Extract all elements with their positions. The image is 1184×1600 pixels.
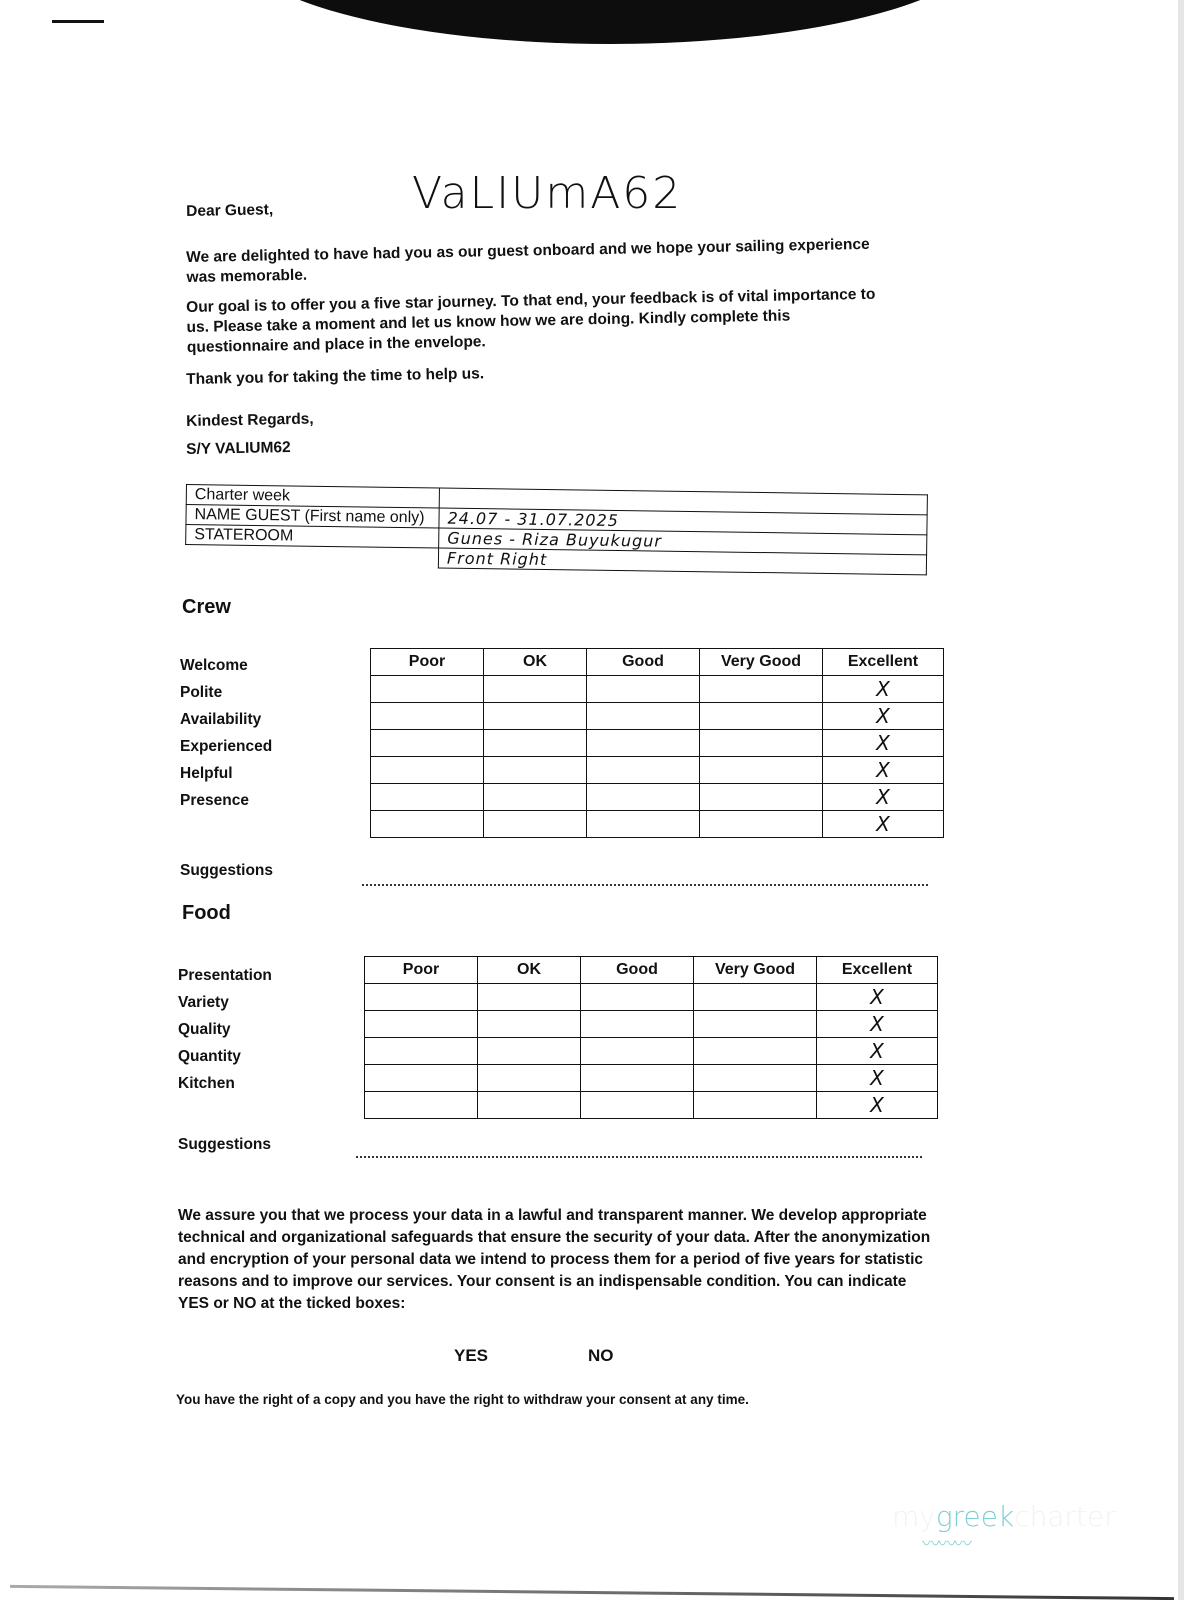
rating-cell-good[interactable] (581, 1011, 694, 1038)
rating-cell-ok[interactable] (484, 784, 587, 811)
rating-cell-poor[interactable] (371, 703, 484, 730)
rating-cell-poor[interactable] (365, 1092, 478, 1119)
rating-cell-ok[interactable] (478, 1065, 581, 1092)
rating-cell-good[interactable] (581, 1038, 694, 1065)
rating-cell-poor[interactable] (371, 784, 484, 811)
rating-cell-ok[interactable] (478, 1038, 581, 1065)
rating-cell-very-good[interactable] (700, 757, 823, 784)
rating-cell-poor[interactable] (371, 676, 484, 703)
rating-cell-very-good[interactable] (694, 1092, 817, 1119)
rating-cell-very-good[interactable] (694, 1038, 817, 1065)
letter-paragraph-2: Our goal is to offer you a five star jou… (186, 285, 887, 358)
column-good: Good (587, 649, 700, 676)
crew-suggestions-field[interactable] (362, 884, 928, 886)
watermark-prefix: my (892, 1500, 936, 1533)
rating-header-row: Poor OK Good Very Good Excellent (371, 649, 944, 676)
column-excellent: Excellent (817, 957, 938, 984)
crew-suggestions-label: Suggestions (180, 862, 273, 880)
crew-label: Polite (180, 679, 272, 706)
watermark-suffix: charter (1014, 1500, 1116, 1533)
food-label: Variety (178, 989, 272, 1016)
rating-row: X (365, 1038, 938, 1065)
scan-corner-mark (52, 20, 104, 23)
rating-cell-ok[interactable] (478, 1092, 581, 1119)
rating-cell-poor[interactable] (371, 730, 484, 757)
crew-label: Experienced (180, 733, 272, 760)
rating-row: X (371, 730, 944, 757)
rating-cell-excellent[interactable]: X (823, 784, 944, 811)
paper-bottom-edge (10, 1585, 1174, 1600)
rating-cell-ok[interactable] (478, 984, 581, 1011)
rating-cell-very-good[interactable] (694, 1065, 817, 1092)
rating-cell-very-good[interactable] (694, 984, 817, 1011)
consent-no-option[interactable]: NO (588, 1346, 614, 1366)
rating-cell-poor[interactable] (365, 1065, 478, 1092)
info-label (185, 545, 438, 569)
rating-cell-poor[interactable] (365, 984, 478, 1011)
rating-cell-ok[interactable] (484, 703, 587, 730)
mygreekcharter-watermark: mygreekcharter (892, 1500, 1116, 1533)
rating-row: X (371, 703, 944, 730)
food-label: Quality (178, 1016, 272, 1043)
crew-rating-table: Poor OK Good Very Good Excellent XXXXXX (370, 648, 944, 838)
guest-info-table: Charter week NAME GUEST (First name only… (185, 484, 928, 575)
rating-cell-ok[interactable] (478, 1011, 581, 1038)
rating-cell-excellent[interactable]: X (817, 1011, 938, 1038)
consent-footer: You have the right of a copy and you hav… (176, 1392, 749, 1407)
rating-cell-good[interactable] (587, 703, 700, 730)
signature: S/Y VALIUM62 (186, 438, 291, 460)
rating-cell-excellent[interactable]: X (817, 1092, 938, 1119)
rating-row: X (365, 1011, 938, 1038)
rating-cell-very-good[interactable] (700, 784, 823, 811)
rating-row: X (365, 984, 938, 1011)
food-rating-table: Poor OK Good Very Good Excellent XXXXX (364, 956, 938, 1119)
rating-cell-good[interactable] (587, 676, 700, 703)
crew-section-title: Crew (182, 596, 231, 619)
watermark-middle: greek (936, 1500, 1014, 1533)
rating-cell-very-good[interactable] (700, 703, 823, 730)
privacy-notice: We assure you that we process your data … (178, 1205, 938, 1315)
consent-yes-option[interactable]: YES (454, 1346, 488, 1366)
rating-cell-good[interactable] (581, 1065, 694, 1092)
food-row-labels: Presentation Variety Quality Quantity Ki… (178, 962, 272, 1097)
rating-cell-good[interactable] (587, 730, 700, 757)
rating-cell-excellent[interactable]: X (817, 1065, 938, 1092)
rating-cell-ok[interactable] (484, 730, 587, 757)
rating-cell-good[interactable] (587, 757, 700, 784)
crew-label: Welcome (180, 652, 272, 679)
column-very-good: Very Good (700, 649, 823, 676)
rating-cell-ok[interactable] (484, 676, 587, 703)
rating-cell-good[interactable] (581, 984, 694, 1011)
scan-right-edge (1178, 0, 1184, 1600)
food-section-title: Food (182, 902, 231, 925)
column-excellent: Excellent (823, 649, 944, 676)
food-label: Kitchen (178, 1070, 272, 1097)
rating-row: X (365, 1065, 938, 1092)
scan-top-shadow (230, 0, 990, 44)
column-ok: OK (484, 649, 587, 676)
letter-paragraph-3: Thank you for taking the time to help us… (186, 364, 484, 390)
valium-logo: VaLIUmA62 (412, 168, 682, 219)
rating-row: X (371, 811, 944, 838)
rating-row: X (371, 757, 944, 784)
rating-cell-very-good[interactable] (700, 676, 823, 703)
rating-cell-poor[interactable] (365, 1038, 478, 1065)
rating-row: X (371, 784, 944, 811)
rating-cell-very-good[interactable] (700, 811, 823, 838)
letter-paragraph-1: We are delighted to have had you as our … (186, 235, 887, 288)
column-poor: Poor (365, 957, 478, 984)
crew-label: Helpful (180, 760, 272, 787)
rating-cell-poor[interactable] (371, 757, 484, 784)
rating-row: X (371, 676, 944, 703)
rating-cell-excellent[interactable]: X (823, 730, 944, 757)
rating-cell-poor[interactable] (371, 811, 484, 838)
closing: Kindest Regards, (186, 410, 314, 432)
rating-row: X (365, 1092, 938, 1119)
rating-cell-excellent[interactable]: X (823, 676, 944, 703)
rating-cell-very-good[interactable] (694, 1011, 817, 1038)
rating-cell-good[interactable] (581, 1092, 694, 1119)
food-label: Presentation (178, 962, 272, 989)
crew-label: Availability (180, 706, 272, 733)
food-suggestions-label: Suggestions (178, 1136, 271, 1154)
rating-cell-excellent[interactable]: X (823, 703, 944, 730)
rating-cell-ok[interactable] (484, 757, 587, 784)
column-good: Good (581, 957, 694, 984)
column-ok: OK (478, 957, 581, 984)
rating-cell-ok[interactable] (484, 811, 587, 838)
rating-cell-good[interactable] (587, 811, 700, 838)
rating-cell-good[interactable] (587, 784, 700, 811)
crew-label: Presence (180, 787, 272, 814)
rating-cell-excellent[interactable]: X (823, 757, 944, 784)
rating-cell-excellent[interactable]: X (823, 811, 944, 838)
wave-icon: 〰〰〰 (922, 1530, 970, 1556)
food-suggestions-field[interactable] (356, 1156, 922, 1158)
rating-cell-poor[interactable] (365, 1011, 478, 1038)
rating-header-row: Poor OK Good Very Good Excellent (365, 957, 938, 984)
rating-cell-very-good[interactable] (700, 730, 823, 757)
crew-row-labels: Welcome Polite Availability Experienced … (180, 652, 272, 814)
column-very-good: Very Good (694, 957, 817, 984)
salutation: Dear Guest, (186, 200, 273, 222)
rating-cell-excellent[interactable]: X (817, 984, 938, 1011)
rating-cell-excellent[interactable]: X (817, 1038, 938, 1065)
food-label: Quantity (178, 1043, 272, 1070)
column-poor: Poor (371, 649, 484, 676)
